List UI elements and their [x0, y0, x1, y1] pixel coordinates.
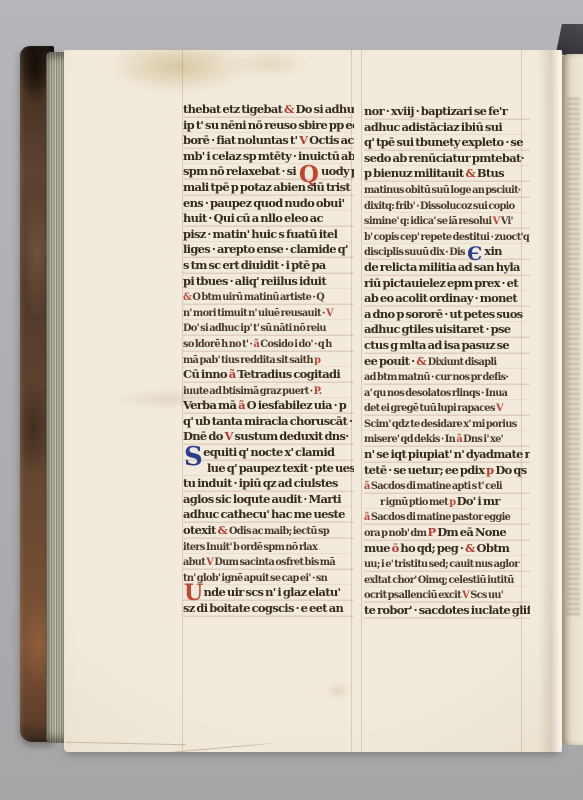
text-segment: Do' si adhuc ip' t' sū nāti nō reiu — [183, 323, 326, 334]
text-line: adhuc cathecu' hac me ueste — [183, 507, 354, 523]
text-line: borē · fiat noluntas t' V Octis ac ma — [183, 133, 354, 149]
text-segment: & — [183, 292, 192, 303]
text-segment: a' qu nos desolatos rlinqs · Inua — [364, 388, 507, 399]
text-segment: lue q' paupez texit · pte uesti — [207, 461, 354, 475]
text-line: de relicta militia ad san hyla — [364, 260, 530, 276]
text-line: simine' q: idica' se iā resolui V Vi' — [364, 213, 530, 229]
text-segment: p — [314, 355, 320, 366]
text-line: p bienuz militauit & Btus — [364, 166, 530, 182]
text-line: r ignū ptio met p Do' i mr — [364, 494, 530, 510]
illuminated-initial: Q — [299, 169, 318, 180]
text-line: mā pab' tius reddita sit saith p — [183, 352, 354, 368]
text-line: adhuc gtiles uisitaret · pse — [364, 322, 530, 338]
illuminated-initial: Є — [467, 249, 481, 260]
text-line: sz di boitate cogscis · e eet an — [183, 601, 354, 617]
text-segment: Do qs — [495, 463, 526, 477]
text-line: ee pouit · & Dixiunt disapli — [364, 354, 530, 370]
text-segment: ã — [229, 367, 238, 381]
text-line: mali tpē p potaz abien siū trist — [183, 180, 354, 196]
text-segment: Dns i' xe' — [463, 434, 503, 445]
text-segment: q' tpē sui tbunety expleto · se — [364, 135, 523, 149]
text-segment: mā pab' tius reddita sit saith — [183, 355, 314, 366]
text-segment: p — [449, 497, 456, 508]
text-segment: simine' q: idica' se iā resolui — [364, 216, 493, 227]
text-segment: de relicta militia ad san hyla — [364, 260, 520, 274]
text-line: otexit & Odis ac maib; iectū sp — [183, 523, 354, 539]
text-segment: tetē · se uetur; ee pdix — [364, 463, 486, 477]
text-line: sedo ab renūciatur pmtebat· — [364, 151, 530, 167]
text-segment: iters Inuit' b ordē spm nō rlax — [183, 542, 317, 553]
text-line: Do' si adhuc ip' t' sū nāti nō reiu — [183, 320, 354, 336]
text-segment: ens · paupez quod nudo obui' — [183, 196, 344, 210]
text-segment: spm nō relaxebat · si — [183, 164, 298, 178]
text-segment: equiti q' nocte x' clamid — [203, 445, 334, 459]
text-segment: ab eo acolit ordinay · monet — [364, 291, 517, 305]
text-segment: V — [299, 133, 309, 147]
text-segment: & — [465, 541, 477, 555]
text-segment: tu induit · ipiū qz ad ciulstes — [183, 476, 338, 490]
text-line: misere' qd dekis · In ã Dns i' xe' — [364, 431, 530, 447]
text-segment: Do' i mr — [457, 494, 500, 508]
text-line: q' ub tanta miracla choruscāt · p — [183, 414, 354, 430]
text-segment: ctus g mlta ad isa pasuz se — [364, 338, 509, 352]
text-segment: Scim' qdz te desidare x' mi porius — [364, 419, 517, 430]
text-segment: Tetradius cogitadi — [237, 367, 340, 381]
text-line: Scim' qdz te desidare x' mi porius — [364, 416, 530, 432]
text-line: uu; i e' tristitu sed; cauit nus aglor — [364, 556, 530, 572]
text-line: ora p nob' dm P Dm eā None — [364, 525, 530, 541]
text-line: Unde uir scs n' i glaz elatu' — [183, 585, 354, 601]
text-segment: te robor' · sacdotes iuclate glificet' — [364, 603, 530, 617]
text-line: mb' i celaz sp mtēty · inuictū ab orde — [183, 149, 354, 165]
text-line: huit · Qui cū a nllo eleo ac — [183, 211, 354, 227]
facing-page-sliver — [562, 54, 583, 745]
text-column-left: thebat etz tigebat & Do si adhucip t' su… — [183, 102, 354, 617]
text-segment: Sacdos di matine pastor eggie — [371, 512, 510, 523]
text-segment: sedo ab renūciatur pmtebat· — [364, 151, 524, 165]
text-segment: Vi' — [501, 216, 513, 227]
text-segment: & — [416, 354, 428, 368]
text-segment: xin — [483, 244, 502, 258]
text-line: lue q' paupez texit · pte uesti — [183, 461, 354, 477]
text-segment: adhuc cathecu' hac me ueste — [183, 507, 345, 521]
text-segment: aglos sic loqute audit · Marti — [183, 492, 341, 506]
text-segment: Cosido i do' · q h — [260, 339, 331, 350]
text-segment: Verba mā — [183, 398, 238, 412]
text-segment: a dno p sororē · ut petes suos — [364, 307, 522, 321]
text-segment: uody pe — [319, 164, 354, 178]
text-segment: pisz · matin' huic s fuatū itel — [183, 227, 337, 241]
text-segment: thebat etz tigebat — [183, 102, 284, 116]
text-line: pi tbues · aliq' reiilus iduit — [183, 274, 354, 290]
text-segment: so ldorē h no t' · — [183, 339, 253, 350]
text-segment: r ignū ptio met — [380, 497, 449, 508]
text-column-right: nor · xviij · baptizari se fe'radhuc adi… — [364, 104, 530, 619]
stain — [104, 48, 269, 100]
text-line: ip t' su nēni nō reuso sbire pp eos la — [183, 118, 354, 134]
text-segment: otexit — [183, 523, 217, 537]
text-segment: Dm eā None — [437, 525, 506, 539]
text-line: Dnē do V sustum deduxit dns· — [183, 429, 354, 445]
text-line: det ei gregē tuū lupi rapaces V — [364, 400, 530, 416]
text-line: matinus obitū suū loge an psciuit· — [364, 182, 530, 198]
text-line: adhuc adistāciaz ibiū sui — [364, 120, 530, 136]
text-segment: misere' qd dekis · In — [364, 434, 456, 445]
manuscript-photograph: thebat etz tigebat & Do si adhucip t' su… — [0, 0, 583, 800]
text-segment: V — [496, 403, 503, 414]
text-segment: Dum sacinta osfret bis mā — [214, 557, 335, 568]
text-segment: abut — [183, 557, 206, 568]
text-segment: b' copis cep' repete destitui · zuoct'q: — [364, 232, 530, 243]
text-line: Sequiti q' nocte x' clamid — [183, 445, 354, 461]
text-line: tn' glob' ignē apuit se cap ei' · sn — [183, 570, 354, 586]
text-line: ocrit psallenciū excit V Scs uu' — [364, 587, 530, 603]
text-segment: & — [217, 523, 229, 537]
text-segment: ee pouit · — [364, 354, 416, 368]
text-segment: pi tbues · aliq' reiilus iduit — [183, 274, 326, 288]
stain — [214, 52, 324, 82]
text-line: n' mori timuit n' uiuē reusauit · V — [183, 305, 354, 321]
text-line: ad btm matnū · cur nos pr defis· — [364, 369, 530, 385]
text-segment: sz di boitate cogscis · e eet an — [183, 601, 343, 615]
text-line: n' se iqt piupiat' n' dyadmate rmi — [364, 447, 530, 463]
text-segment: Octis ac ma — [309, 133, 354, 147]
text-segment: P — [427, 525, 437, 539]
parchment-page: thebat etz tigebat & Do si adhucip t' su… — [64, 50, 562, 752]
gutter-shadow — [538, 50, 562, 752]
text-segment: det ei gregē tuū lupi rapaces — [364, 403, 496, 414]
text-line: tu induit · ipiū qz ad ciulstes — [183, 476, 354, 492]
text-segment: iuute ad btisimā graz puert · — [183, 386, 314, 397]
text-line: pisz · matin' huic s fuatū itel — [183, 227, 354, 243]
text-segment: Odis ac maib; iectū sp — [229, 526, 329, 537]
text-segment: exltat chor' Oimq; celestiū iutitū — [364, 575, 514, 586]
text-line: nor · xviij · baptizari se fe'r — [364, 104, 530, 120]
text-line: a' qu nos desolatos rlinqs · Inua — [364, 385, 530, 401]
text-line: q' tpē sui tbunety expleto · se — [364, 135, 530, 151]
text-segment: q' ub tanta miracla choruscāt · — [183, 414, 354, 428]
text-line: & O btm uirū matinū artiste · Q — [183, 289, 354, 305]
text-line: so ldorē h no t' · ã Cosido i do' · q h — [183, 336, 354, 352]
text-segment: Sacdos di matine apti s t' celi — [371, 481, 502, 492]
text-segment: ho qd; peg · — [400, 541, 465, 555]
text-line: abut V Dum sacinta osfret bis mā — [183, 554, 354, 570]
text-line: ens · paupez quod nudo obui' — [183, 196, 354, 212]
text-segment: adhuc gtiles uisitaret · pse — [364, 322, 510, 336]
text-line: spm nō relaxebat · si Q uody pe — [183, 164, 354, 180]
text-segment: ã — [364, 512, 371, 523]
text-segment: ip t' su nēni nō reuso sbire pp eos la — [183, 118, 354, 132]
text-line: exltat chor' Oimq; celestiū iutitū — [364, 572, 530, 588]
text-segment: & — [284, 102, 296, 116]
text-segment: matinus obitū suū loge an psciuit· — [364, 185, 521, 196]
ruling-line — [361, 50, 362, 752]
text-line: riū pictauielez epm prex · et — [364, 276, 530, 292]
illuminated-initial: S — [184, 452, 202, 463]
text-segment: nor · xviij · baptizari se fe'r — [364, 104, 507, 118]
text-segment: ã — [364, 481, 371, 492]
text-segment: mali tpē p potaz abien siū trist — [183, 180, 350, 194]
under-leaf-edge — [66, 742, 186, 746]
text-segment: Btus — [477, 166, 504, 180]
text-segment: ora p nob' dm — [364, 528, 427, 539]
text-segment: p — [486, 463, 495, 477]
text-segment: O btm uirū matinū artiste · Q — [192, 292, 324, 303]
text-segment: tn' glob' ignē apuit se cap ei' · sn — [183, 573, 327, 584]
text-segment: mb' i celaz sp mtēty · inuictū ab orde — [183, 149, 354, 163]
text-line: Cū inno ã Tetradius cogitadi — [183, 367, 354, 383]
text-line: ã Sacdos di matine pastor eggie — [364, 509, 530, 525]
text-line: liges · arepto ense · clamide q' — [183, 242, 354, 258]
text-segment: ocrit psallenciū excit — [364, 590, 462, 601]
text-segment: riū pictauielez epm prex · et — [364, 276, 518, 290]
text-line: disciplis suuū dix · Dis Є xin — [364, 244, 530, 260]
text-segment: s tm sc ert diuidit · i ptē pa — [183, 258, 326, 272]
text-segment: p bienuz militauit — [364, 166, 465, 180]
illuminated-initial: U — [184, 588, 203, 599]
text-line: b' copis cep' repete destitui · zuoct'q: — [364, 229, 530, 245]
text-line: iters Inuit' b ordē spm nō rlax — [183, 539, 354, 555]
text-line: s tm sc ert diuidit · i ptē pa — [183, 258, 354, 274]
text-segment: n' se iqt piupiat' n' dyadmate rmi — [364, 447, 530, 461]
text-line: mue ō ho qd; peg · & Obtm — [364, 541, 530, 557]
text-segment: dixitq: frib' · Dissolucoz sui copio — [364, 201, 515, 212]
text-segment: Scs uu' — [470, 590, 503, 601]
text-line: te robor' · sacdotes iuclate glificet' — [364, 603, 530, 619]
text-segment: V — [326, 308, 333, 319]
text-segment: V — [493, 216, 501, 227]
text-segment: & — [465, 166, 477, 180]
facing-page-text-blur — [567, 98, 580, 618]
text-line: thebat etz tigebat & Do si adhuc — [183, 102, 354, 118]
text-segment: mue — [364, 541, 392, 555]
text-segment: P. — [314, 386, 322, 397]
text-segment: huit · Qui cū a nllo eleo ac — [183, 211, 323, 225]
text-line: ab eo acolit ordinay · monet — [364, 291, 530, 307]
text-segment: sustum deduxit dns· — [235, 429, 349, 443]
text-segment: ã — [238, 398, 247, 412]
text-segment: disciplis suuū dix · Dis — [364, 247, 466, 258]
text-segment: n' mori timuit n' uiuē reusauit · — [183, 308, 326, 319]
text-segment: O iesfabilez uia · p — [247, 398, 346, 412]
text-line: a dno p sororē · ut petes suos — [364, 307, 530, 323]
text-segment: V — [224, 429, 234, 443]
text-segment: Dixiunt disapli — [428, 357, 497, 368]
text-line: dixitq: frib' · Dissolucoz sui copio — [364, 198, 530, 214]
text-line: Verba mā ã O iesfabilez uia · p — [183, 398, 354, 414]
text-segment: adhuc adistāciaz ibiū sui — [364, 120, 502, 134]
text-line: ctus g mlta ad isa pasuz se — [364, 338, 530, 354]
text-segment: liges · arepto ense · clamide q' — [183, 242, 348, 256]
text-segment: Obtm — [477, 541, 510, 555]
text-segment: borē · fiat noluntas t' — [183, 133, 299, 147]
text-line: tetē · se uetur; ee pdix p Do qs — [364, 463, 530, 479]
text-line: aglos sic loqute audit · Marti — [183, 492, 354, 508]
text-segment: Cū inno — [183, 367, 229, 381]
text-segment: Do si adhuc — [296, 102, 354, 116]
text-line: iuute ad btisimā graz puert · P. — [183, 383, 354, 399]
text-line: ã Sacdos di matine apti s t' celi — [364, 478, 530, 494]
text-segment: uu; i e' tristitu sed; cauit nus aglor — [364, 559, 519, 570]
text-segment: ad btm matnū · cur nos pr defis· — [364, 372, 508, 383]
text-segment: nde uir scs n' i glaz elatu' — [204, 585, 341, 599]
